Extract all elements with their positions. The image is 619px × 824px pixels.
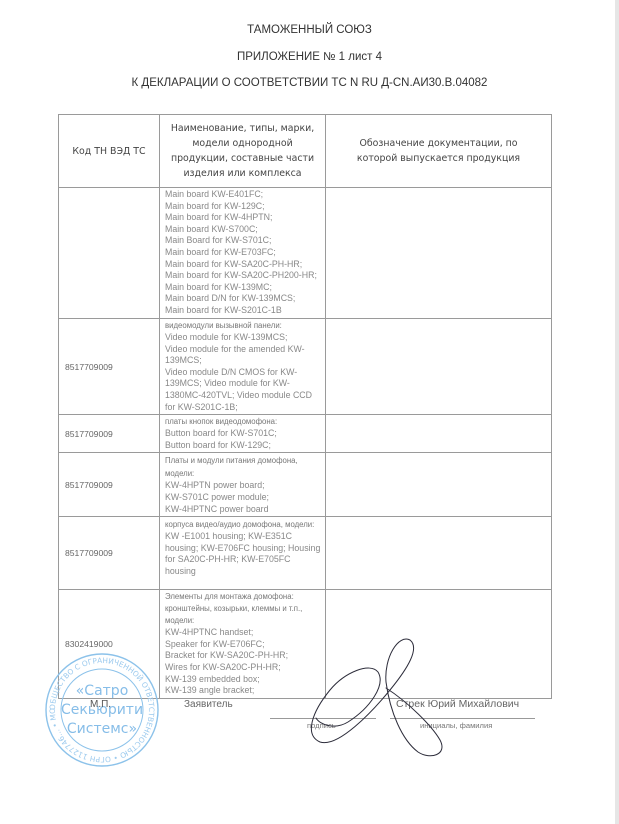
product-item: Main board KW-E401FC; [165, 189, 322, 201]
union-title: ТАМОЖЕННЫЙ СОЮЗ [0, 24, 619, 36]
column-header-name: Наименование, типы, марки, модели одноро… [160, 115, 326, 188]
product-item: Main board for KW-E703FC; [165, 247, 322, 259]
product-description-cell: корпуса видео/аудио домофона, модели: KW… [160, 517, 326, 590]
scan-edge [615, 0, 619, 824]
company-seal-icon: ОБЩЕСТВО С ОГРАНИЧЕННОЙ ОТВЕТСТВЕННОСТЬЮ… [44, 652, 160, 768]
product-group-intro: видеомодули вызывной панели: [165, 320, 322, 332]
product-item: Main board for KW-SA20C-PH200-HR; [165, 270, 322, 282]
product-group-intro: Элементы для монтажа домофона: кронштейн… [165, 591, 322, 627]
tnved-code-cell: 8517709009 [59, 453, 160, 517]
product-item: Main board for KW-139MC; [165, 282, 322, 294]
product-description-cell: Платы и модули питания домофона, модели:… [160, 453, 326, 517]
product-item: Main board for KW-129C; [165, 201, 322, 213]
documentation-cell [326, 319, 552, 415]
applicant-label: Заявитель [184, 699, 233, 710]
product-description-cell: видеомодули вызывной панели: Video modul… [160, 319, 326, 415]
product-item: Button board for KW-129C; [165, 440, 322, 452]
table-header-row: Код ТН ВЭД ТС Наименование, типы, марки,… [59, 115, 552, 188]
tnved-code-cell: 8517709009 [59, 517, 160, 590]
product-item: Video module for the amended KW-139MCS; [165, 344, 322, 367]
product-item: KW-4HPTN power board; [165, 480, 322, 492]
product-item: KW-S701C power module; [165, 492, 322, 504]
product-item: KW -E1001 housing; KW-E351C housing; KW-… [165, 531, 322, 577]
column-header-documentation: Обозначение документации, по которой вып… [326, 115, 552, 188]
declaration-title: К ДЕКЛАРАЦИИ О СООТВЕТСТВИИ ТС N RU Д-CN… [0, 77, 619, 89]
stamp-place-label: М.П. [90, 699, 111, 710]
svg-text:Системс»: Системс» [67, 721, 137, 737]
documentation-cell [326, 517, 552, 590]
product-group-intro: корпуса видео/аудио домофона, модели: [165, 518, 322, 531]
product-description-cell: платы кнопок видеодомофона: Button board… [160, 415, 326, 453]
table-row: 8517709009 платы кнопок видеодомофона: B… [59, 415, 552, 453]
tnved-code-cell [59, 188, 160, 319]
product-item: KW-4HPTNC power board [165, 504, 322, 516]
product-item: Video module for KW-139MCS; [165, 332, 322, 344]
table-row: 8517709009 корпуса видео/аудио домофона,… [59, 517, 552, 590]
product-item: Main board for KW-S201C-1B [165, 305, 322, 317]
products-table: Код ТН ВЭД ТС Наименование, типы, марки,… [58, 114, 552, 699]
product-item: Main board for KW-SA20C-PH-HR; [165, 259, 322, 271]
product-group-intro: Платы и модули питания домофона, модели: [165, 454, 322, 480]
product-group-intro: платы кнопок видеодомофона: [165, 416, 322, 428]
product-description-cell: Main board KW-E401FC; Main board for KW-… [160, 188, 326, 319]
tnved-code-cell: 8517709009 [59, 415, 160, 453]
product-item: Main board for KW-4HPTN; [165, 212, 322, 224]
table-row: 8517709009 видеомодули вызывной панели: … [59, 319, 552, 415]
documentation-cell [326, 188, 552, 319]
column-header-code: Код ТН ВЭД ТС [59, 115, 160, 188]
product-item: Main board KW-S700C; [165, 224, 322, 236]
documentation-cell [326, 415, 552, 453]
product-item: Main board D/N for KW-139MCS; [165, 293, 322, 305]
product-item: Button board for KW-S701C; [165, 428, 322, 440]
table-row: 8517709009 Платы и модули питания домофо… [59, 453, 552, 517]
tnved-code-cell: 8517709009 [59, 319, 160, 415]
svg-text:«Сатро: «Сатро [76, 683, 129, 699]
appendix-title: ПРИЛОЖЕНИЕ № 1 лист 4 [0, 51, 619, 63]
documentation-cell [326, 453, 552, 517]
table-row: Main board KW-E401FC; Main board for KW-… [59, 188, 552, 319]
product-item: Main Board for KW-S701C; [165, 235, 322, 247]
handwritten-signature-icon [290, 630, 500, 765]
product-item: Video module D/N CMOS for KW-139MCS; Vid… [165, 367, 322, 413]
